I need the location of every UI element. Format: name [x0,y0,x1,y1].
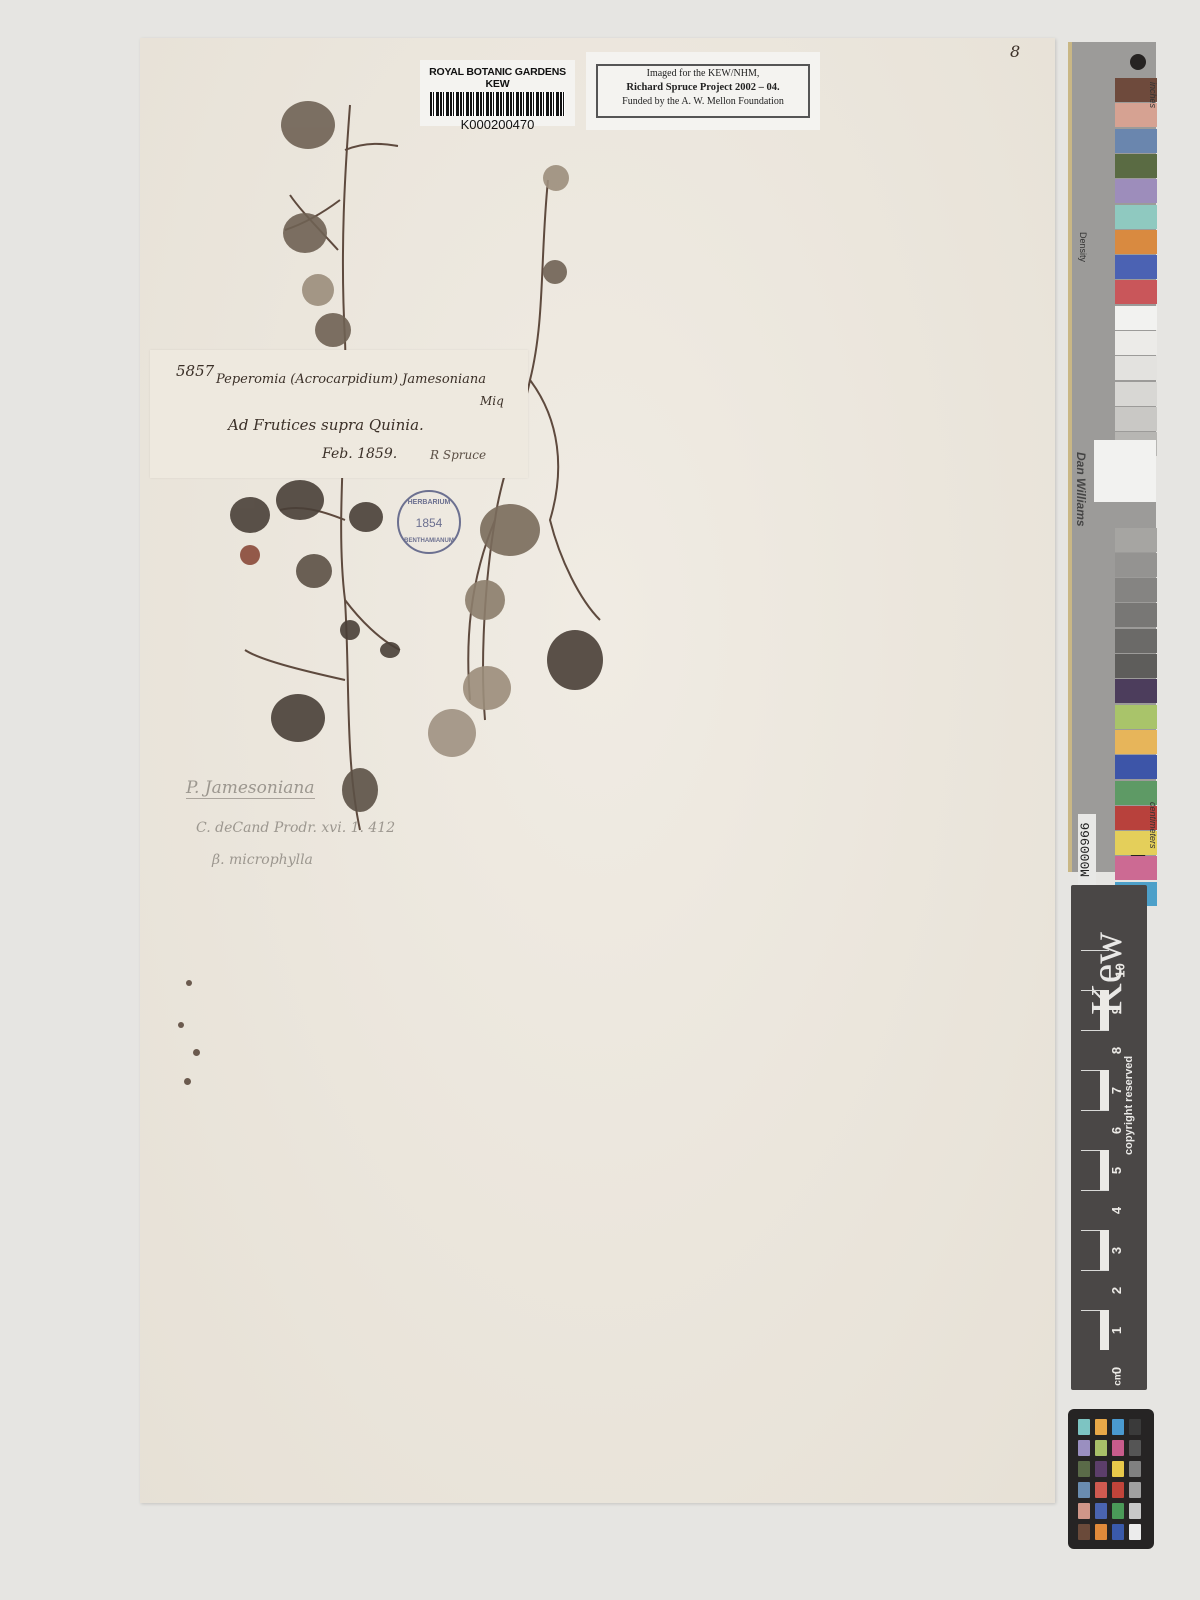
color-swatch [1115,654,1157,678]
ruler-code: M000966 [1078,814,1096,886]
institution-name: ROYAL BOTANIC GARDENS KEW [420,66,575,90]
color-swatch [1115,578,1157,602]
color-chip [1078,1482,1090,1498]
color-chip [1095,1524,1107,1540]
stamp-year: 1854 [399,516,459,530]
kew-scale-bar: Kew copyright reserved 012345678910cm [1071,885,1147,1390]
cm-white-block [1100,1150,1109,1190]
color-swatch [1115,629,1157,653]
color-swatch [1115,255,1157,279]
cm-number: 1 [1109,1327,1124,1334]
cm-number: 9 [1109,1007,1124,1014]
color-swatch [1115,280,1157,304]
color-swatch [1115,407,1157,431]
imaging-line-3: Funded by the A. W. Mellon Foundation [598,95,808,109]
color-swatch [1115,382,1157,406]
color-chip [1112,1503,1124,1519]
color-chip [1129,1482,1141,1498]
herbarium-stamp: HERBARIUM 1854 BENTHAMIANUM [397,490,461,554]
density-label: Density [1078,232,1088,262]
color-chip [1078,1440,1090,1456]
color-chip [1095,1419,1107,1435]
color-chip [1078,1524,1090,1540]
barcode-label: ROYAL BOTANIC GARDENS KEW K000200470 [420,60,575,126]
stamp-bottom-text: BENTHAMIANUM [399,538,459,544]
ink-spot [178,1022,184,1028]
color-swatch [1115,528,1157,552]
taxon-name: Peperomia (Acrocarpidium) Jamesoniana [216,372,486,387]
cm-white-block [1100,990,1109,1030]
color-swatch [1115,705,1157,729]
cm-division [1081,1270,1109,1311]
cm-number: 5 [1109,1167,1124,1174]
color-swatch [1115,755,1157,779]
ink-spot [186,980,192,986]
color-calibration-ruler: inches centimeters Dan Williams Density … [1068,42,1156,872]
cm-division [1081,1190,1109,1231]
cm-number: 7 [1109,1087,1124,1094]
color-chip [1078,1419,1090,1435]
cm-number: 2 [1109,1287,1124,1294]
color-swatch [1115,356,1157,380]
cm-division [1081,1030,1109,1071]
color-chip [1129,1461,1141,1477]
color-chip [1095,1503,1107,1519]
color-swatch [1115,730,1157,754]
collection-number: 5857 [176,362,214,380]
imaging-line-1: Imaged for the KEW/NHM, [598,67,808,81]
color-swatch [1115,154,1157,178]
cm-number: 4 [1109,1207,1124,1214]
inches-label: inches [1148,82,1158,108]
plant-specimen [0,0,1200,1600]
ink-spot [193,1049,200,1056]
color-chip [1112,1524,1124,1540]
brand-label: Dan Williams [1074,452,1088,527]
barcode-number: K000200470 [420,117,575,132]
color-swatch [1115,331,1157,355]
color-swatch [1115,230,1157,254]
color-swatch [1115,179,1157,203]
taxon-authority: Miq [480,394,504,408]
color-chip [1112,1482,1124,1498]
cm-number: 10 [1113,963,1128,977]
cm-white-block [1100,1070,1109,1110]
color-chip [1112,1440,1124,1456]
imaging-project-label: Imaged for the KEW/NHM, Richard Spruce P… [586,52,820,130]
color-chip [1095,1461,1107,1477]
collector-label: 5857 Peperomia (Acrocarpidium) Jamesonia… [150,350,528,478]
centimeters-label: centimeters [1148,802,1158,849]
cm-unit: cm [1113,1371,1124,1385]
color-chip [1112,1461,1124,1477]
color-chip [1112,1419,1124,1435]
stamp-top-text: HERBARIUM [399,499,459,506]
cm-number: 3 [1109,1247,1124,1254]
color-swatch [1115,553,1157,577]
ruler-dot [1130,54,1146,70]
cm-white-block [1100,1310,1109,1350]
color-chip [1129,1419,1141,1435]
copyright-text: copyright reserved [1123,1056,1135,1155]
cm-number: 8 [1109,1047,1124,1054]
imaging-line-2: Richard Spruce Project 2002 – 04. [626,82,779,93]
ink-spot [184,1078,191,1085]
cm-division [1081,950,1109,991]
determination-line-1: P. Jamesoniana [186,778,315,799]
color-chip [1129,1440,1141,1456]
color-swatch [1115,306,1157,330]
color-swatch [1115,603,1157,627]
gray-target [1094,440,1156,502]
color-chip [1129,1503,1141,1519]
color-swatch [1115,205,1157,229]
color-chip [1095,1440,1107,1456]
locality: Ad Frutices supra Quinia. [228,416,424,434]
collection-date: Feb. 1859. [322,446,397,462]
barcode [430,92,565,116]
determination-line-3: β. microphylla [212,852,313,868]
determination-line-2: C. deCand Prodr. xvi. 1. 412 [196,820,395,836]
color-chip [1078,1503,1090,1519]
cm-white-block [1100,1230,1109,1270]
sheet-number-mark: 8 [1010,42,1020,61]
cm-number: 6 [1109,1127,1124,1134]
color-checker-card [1068,1409,1154,1549]
color-chip [1129,1524,1141,1540]
color-chip [1078,1461,1090,1477]
color-swatch [1115,781,1157,805]
color-swatch [1115,129,1157,153]
color-chip [1095,1482,1107,1498]
color-swatch [1115,856,1157,880]
cm-division [1081,1110,1109,1151]
color-swatch [1115,679,1157,703]
collector-name: R Spruce [430,448,486,462]
